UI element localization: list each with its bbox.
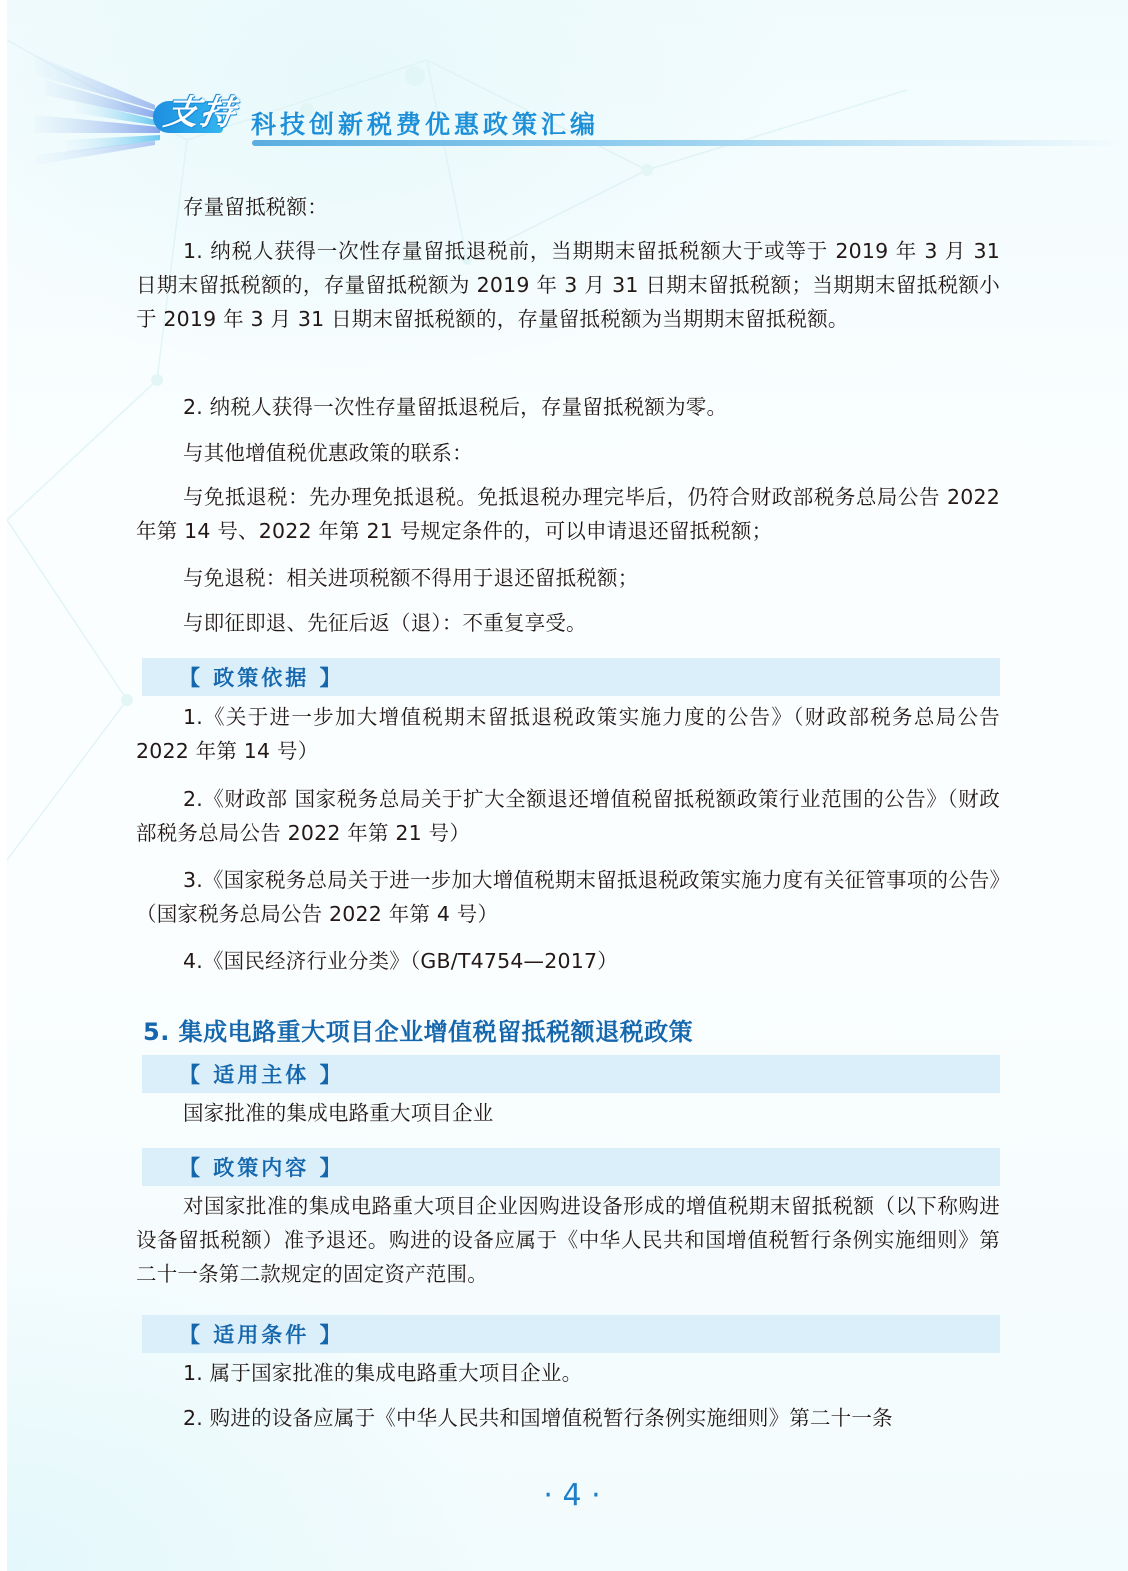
- section-heading: 5. 集成电路重大项目企业增值税留抵税额退税政策: [143, 1012, 693, 1047]
- paragraph-stock-credit-rule-2: 2. 纳税人获得一次性存量留抵退税后，存量留抵税额为零。: [136, 390, 1000, 424]
- paragraph-stock-credit-rule-1: 1. 纳税人获得一次性存量留抵退税前，当期期末留抵税额大于或等于 2019 年 …: [136, 234, 1000, 336]
- paragraph-relation-exempt-refund: 与免退税：相关进项税额不得用于退还留抵税额；: [136, 561, 1000, 595]
- book-title: 科技创新税费优惠政策汇编: [251, 105, 599, 141]
- page-header: 支持 科技创新税费优惠政策汇编: [7, 55, 1128, 165]
- applicable-subject-bar: 【 适用主体 】: [142, 1055, 1000, 1093]
- policy-basis-label: 【 政策依据 】: [179, 662, 344, 692]
- conditions-label: 【 适用条件 】: [179, 1319, 344, 1349]
- condition-item: 2. 购进的设备应属于《中华人民共和国增值税暂行条例实施细则》第二十一条: [136, 1401, 1000, 1435]
- paragraph-relation-heading: 与其他增值税优惠政策的联系：: [136, 436, 1000, 470]
- page-number: · 4 ·: [527, 1478, 617, 1513]
- applicable-subject-label: 【 适用主体 】: [179, 1059, 344, 1089]
- policy-content-bar: 【 政策内容 】: [142, 1148, 1000, 1186]
- paragraph-stock-credit-heading: 存量留抵税额：: [136, 190, 1000, 224]
- policy-content-label: 【 政策内容 】: [179, 1152, 344, 1182]
- support-badge-text: 支持: [161, 85, 242, 134]
- policy-content-text: 对国家批准的集成电路重大项目企业因购进设备形成的增值税期末留抵税额（以下称购进设…: [136, 1189, 1000, 1291]
- document-page: 支持 科技创新税费优惠政策汇编 存量留抵税额： 1. 纳税人获得一次性存量留抵退…: [7, 0, 1128, 1571]
- policy-basis-item: 1.《关于进一步加大增值税期末留抵退税政策实施力度的公告》（财政部税务总局公告 …: [136, 700, 1000, 768]
- policy-basis-bar: 【 政策依据 】: [142, 658, 1000, 696]
- applicable-subject-text: 国家批准的集成电路重大项目企业: [136, 1096, 1000, 1130]
- title-underline-decoration: [252, 140, 1122, 146]
- policy-basis-item: 2.《财政部 国家税务总局关于扩大全额退还增值税留抵税额政策行业范围的公告》（财…: [136, 782, 1000, 850]
- conditions-bar: 【 适用条件 】: [142, 1315, 1000, 1353]
- condition-item: 1. 属于国家批准的集成电路重大项目企业。: [136, 1356, 1000, 1390]
- paragraph-relation-exempt-credit-refund: 与免抵退税：先办理免抵退税。免抵退税办理完毕后，仍符合财政部税务总局公告 202…: [136, 480, 1000, 548]
- policy-basis-item: 3.《国家税务总局关于进一步加大增值税期末留抵退税政策实施力度有关征管事项的公告…: [136, 863, 1000, 931]
- policy-basis-item: 4.《国民经济行业分类》（GB/T4754—2017）: [136, 944, 1000, 978]
- paragraph-relation-immediate-refund: 与即征即退、先征后返（退）：不重复享受。: [136, 606, 1000, 640]
